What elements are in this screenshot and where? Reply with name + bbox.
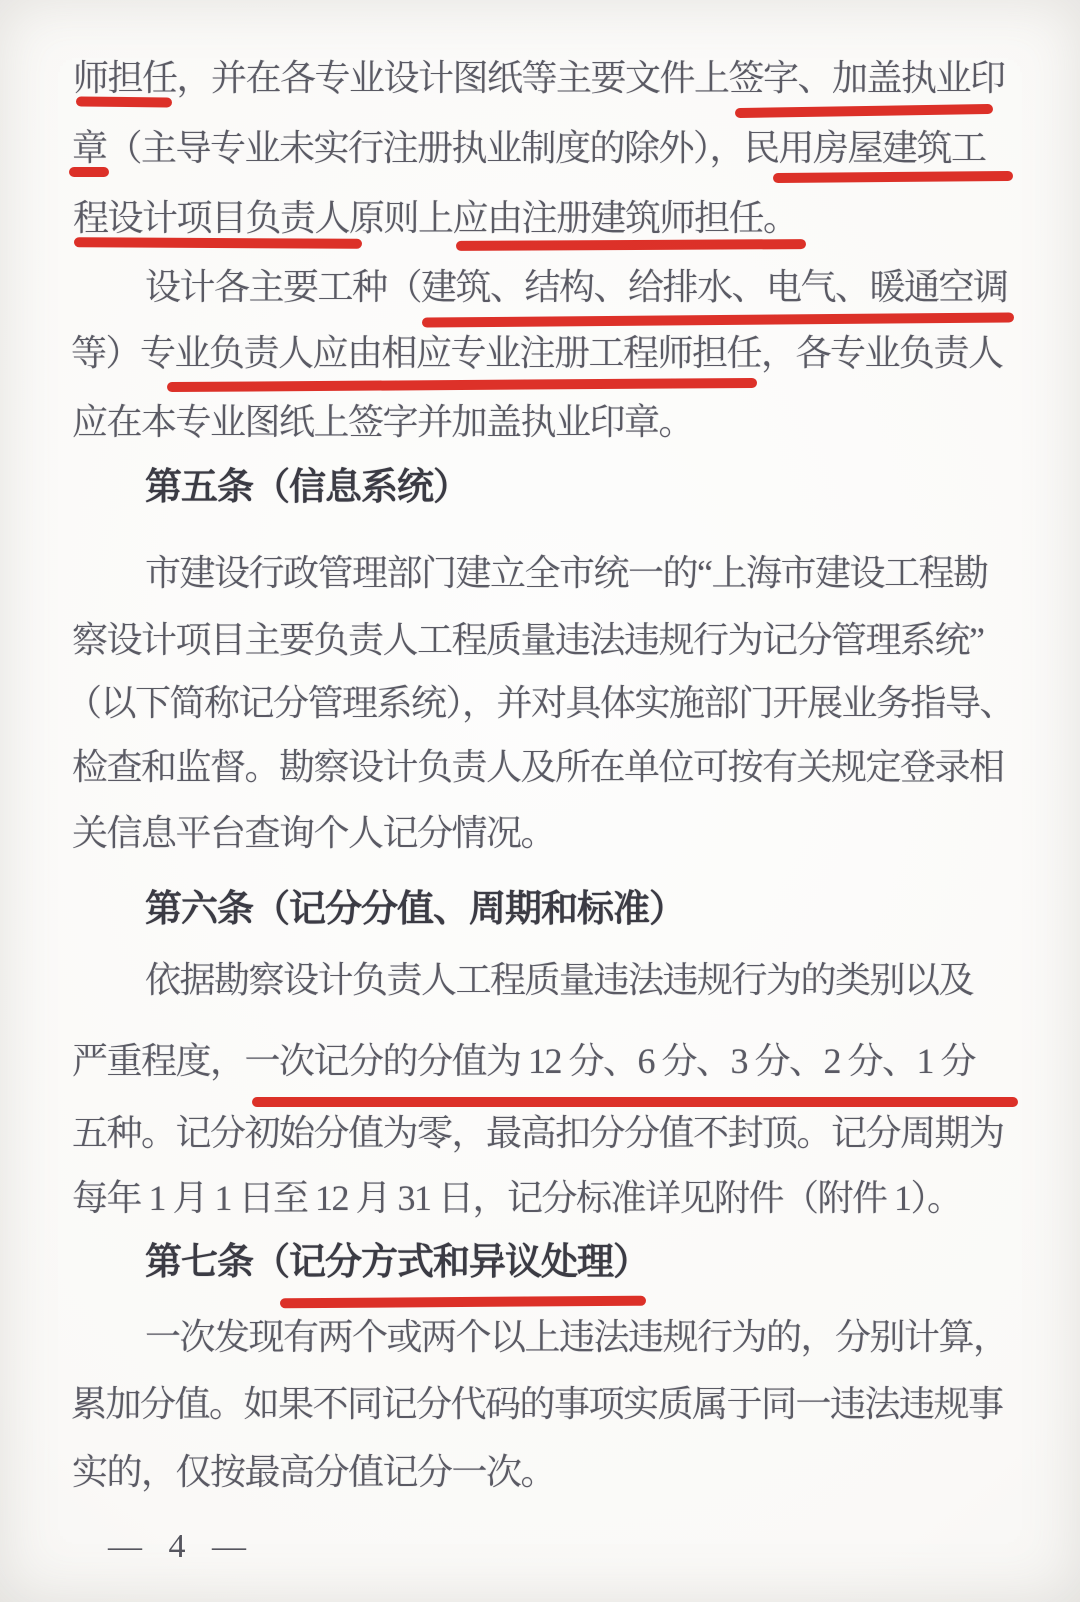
text-line: 依据勘察设计负责人工程质量违法违规行为的类别以及 (145, 961, 973, 999)
text-line: 市建设行政管理部门建立全市统一的“上海市建设工程勘 (145, 554, 987, 592)
text-line: 关信息平台查询个人记分情况。 (72, 814, 555, 852)
text-line: 五种。记分初始分值为零，最高扣分分值不封顶。记分周期为 (72, 1114, 1004, 1152)
text-line: 实的，仅按最高分值记分一次。 (72, 1453, 555, 1491)
text-line: 检查和监督。勘察设计负责人及所在单位可按有关规定登录相 (72, 748, 1004, 786)
text-line: 章（主导专业未实行注册执业制度的除外），民用房屋建筑工 (72, 129, 986, 167)
red-underline (69, 167, 109, 177)
text-line: 察设计项目主要负责人工程质量违法违规行为记分管理系统” (72, 621, 983, 659)
text-line: 等）专业负责人应由相应专业注册工程师担任，各专业负责人 (71, 334, 1003, 372)
section-heading-article-6: 第六条（记分分值、周期和标准） (145, 891, 685, 929)
text-line: 设计各主要工种（建筑、结构、给排水、电气、暖通空调 (145, 268, 1008, 306)
text-line: 累加分值。如果不同记分代码的事项实质属于同一违法违规事 (71, 1385, 1003, 1423)
text-line: 应在本专业图纸上签字并加盖执业印章。 (72, 403, 693, 441)
red-underline (456, 239, 806, 251)
section-heading-article-7: 第七条（记分方式和异议处理） (145, 1244, 649, 1282)
red-underline (773, 171, 1013, 183)
red-underline (76, 96, 172, 107)
text-line: 严重程度，一次记分的分值为 12 分、6 分、3 分、2 分、1 分 (72, 1042, 975, 1080)
section-heading-article-5: 第五条（信息系统） (145, 469, 469, 507)
scanned-document-page: 师担任，并在各专业设计图纸等主要文件上签字、加盖执业印 章（主导专业未实行注册执… (0, 0, 1080, 1602)
text-line: 每年 1 月 1 日至 12 月 31 日，记分标准详见附件（附件 1）。 (72, 1179, 962, 1217)
red-underline (252, 1097, 1018, 1107)
red-underline (74, 237, 362, 249)
text-line: 程设计项目负责人原则上应由注册建筑师担任。 (73, 199, 798, 237)
text-line: （以下简称记分管理系统），并对具体实施部门开展业务指导、 (66, 684, 1014, 722)
text-line: 师担任，并在各专业设计图纸等主要文件上签字、加盖执业印 (73, 59, 1005, 97)
page-number: — 4 — (108, 1528, 248, 1566)
text-line: 一次发现有两个或两个以上违法违规行为的，分别计算， (145, 1318, 1008, 1356)
